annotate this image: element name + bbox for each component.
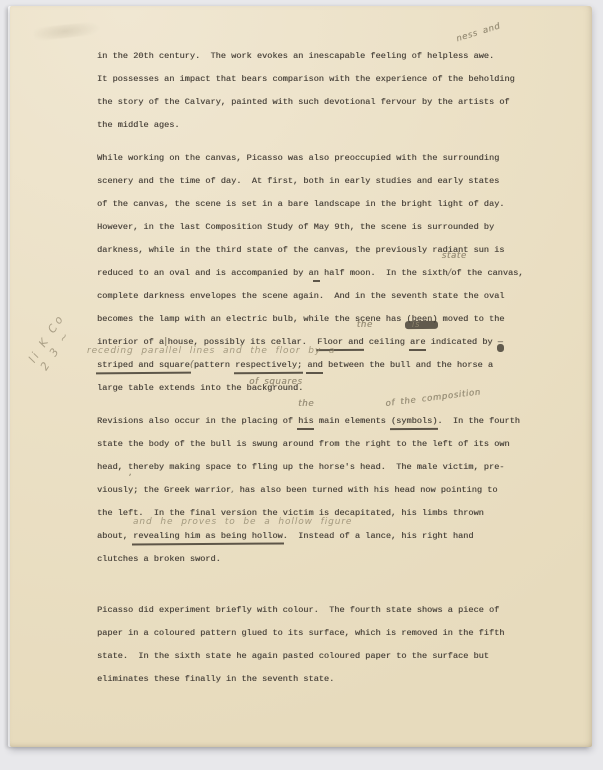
- handwritten-line: receding parallel lines and the floor by…: [87, 346, 335, 356]
- handwritten-line: and he proves to be a hollow figure: [133, 517, 352, 527]
- typed-text: It possesses an impact that bears compar…: [97, 74, 515, 84]
- typed-text: awe.ness and: [468, 51, 494, 61]
- typed-text: of the canvas,: [451, 268, 523, 278]
- paragraph: Revisions also occur in the placing of h…: [97, 410, 523, 571]
- typed-text: clutches a broken sword.: [97, 554, 221, 564]
- typed-text: the middle ages.: [97, 120, 180, 130]
- handwritten-annotation: the: [357, 314, 373, 337]
- typed-line: striped and square(pattern respectively;…: [97, 354, 523, 377]
- handwritten-annotation: ness and: [454, 16, 505, 51]
- typed-line: in the 20th century. The work evokes an …: [97, 45, 523, 68]
- typed-line: scenery and the time of day. At first, b…: [97, 170, 523, 193]
- typed-text: [364, 337, 369, 347]
- typed-text: has also been turned with his head now p…: [234, 485, 497, 495]
- typed-line: eliminates these finally in the seventh …: [97, 668, 523, 691]
- struck-text: n: [314, 268, 319, 278]
- typed-text: large table extends into the background.: [97, 383, 303, 393]
- typed-line: state. In the sixth state he again paste…: [97, 645, 523, 668]
- typed-text: viously;,: [97, 485, 138, 495]
- struck-text: (symbols)of the composition: [391, 416, 437, 426]
- paragraph: While working on the canvas, Picasso was…: [97, 147, 523, 400]
- typed-text: reduced to an oval and is accompanied by…: [97, 268, 314, 278]
- typed-text: between the bull and the horse a: [323, 360, 493, 370]
- typed-line: clutches a broken sword.: [97, 548, 523, 571]
- typed-text: half moon. In the sixth: [319, 268, 448, 278]
- typed-text: in the 20th century. The work evokes an …: [97, 51, 468, 61]
- handwritten-annotation: state: [442, 245, 467, 268]
- struck-text: striped and square: [97, 360, 190, 370]
- struck-text: respectively;of squares: [235, 360, 302, 370]
- typed-text: eliminates these finally in the seventh …: [97, 674, 334, 684]
- typed-text: state. In the sixth state he again paste…: [97, 651, 489, 661]
- typed-text: ceiling the: [369, 337, 410, 347]
- heavy-struck-text: —: [498, 337, 503, 347]
- typed-line: While working on the canvas, Picasso was…: [97, 147, 523, 170]
- paragraph: Picasso did experiment briefly with colo…: [97, 599, 523, 691]
- typed-text: . Instead of a lance, his right hand: [283, 531, 474, 541]
- typed-text: pattern: [194, 360, 235, 370]
- typed-text-block: in the 20th century. The work evokes an …: [97, 45, 523, 691]
- typed-line: of the canvas, the scene is set in a bar…: [97, 193, 523, 216]
- handwritten-annotation: the: [298, 393, 314, 416]
- typed-text: scenery and the time of day. At first, b…: [97, 176, 499, 186]
- manuscript-page: li K Co 2 3 ~ in the 20th century. The w…: [10, 6, 592, 747]
- typed-text: the Greek warrior: [138, 485, 231, 495]
- typed-text: . In the fourth: [437, 416, 520, 426]
- handwritten-annotation: is: [412, 314, 420, 337]
- typed-line: Picasso did experiment briefly with colo…: [97, 599, 523, 622]
- typed-line: Revisions also occur in the placing of h…: [97, 410, 523, 433]
- struck-text: areis: [410, 337, 425, 347]
- typed-line: complete darkness envelopes the scene ag…: [97, 285, 523, 308]
- typed-text: Picasso did experiment briefly with colo…: [97, 605, 499, 615]
- document-scan: { "surface": { "background_color": "#e8e…: [0, 0, 603, 770]
- typed-text: moved to the: [437, 314, 504, 324]
- typed-text: the story of the Calvary, painted with s…: [97, 97, 510, 107]
- typed-text: state the body of the bull is swung arou…: [97, 439, 510, 449]
- typed-text: However, in the last Composition Study o…: [97, 222, 494, 232]
- handwritten-annotation: ,: [129, 462, 132, 485]
- typed-line: the middle ages.: [97, 114, 523, 137]
- typed-text: indicated by: [426, 337, 498, 347]
- typed-line: state the body of the bull is swung arou…: [97, 433, 523, 456]
- pencil-smudge: [34, 20, 113, 41]
- struck-text: revealing him as being hollow: [133, 531, 283, 541]
- typed-line: head, thereby making space to fling up t…: [97, 456, 523, 479]
- typed-line: It possesses an impact that bears compar…: [97, 68, 523, 91]
- typed-text: Revisions also occur in the placing of: [97, 416, 298, 426]
- margin-scribble-annotation: li K Co 2 3 ~: [26, 311, 80, 373]
- typed-text: about,: [97, 531, 133, 541]
- typed-line: about, revealing him as being hollow. In…: [97, 525, 523, 548]
- paragraph: in the 20th century. The work evokes an …: [97, 45, 523, 137]
- typed-line: reduced to an oval and is accompanied by…: [97, 262, 523, 285]
- typed-text: While working on the canvas, Picasso was…: [97, 153, 499, 163]
- typed-text: paper in a coloured pattern glued to its…: [97, 628, 504, 638]
- typed-line: becomes the lamp with an electric bulb, …: [97, 308, 523, 331]
- typed-line: the story of the Calvary, painted with s…: [97, 91, 523, 114]
- struck-text: histhe: [298, 416, 313, 426]
- typed-text: main elements: [314, 416, 391, 426]
- typed-line: viously;, the Greek warrior, has also be…: [97, 479, 523, 502]
- typed-line: paper in a coloured pattern glued to its…: [97, 622, 523, 645]
- typed-line: However, in the last Composition Study o…: [97, 216, 523, 239]
- struck-text: and: [307, 360, 322, 370]
- typed-text: head, thereby making space to fling up t…: [97, 462, 504, 472]
- typed-text: complete darkness envelopes the scene ag…: [97, 291, 504, 301]
- typed-text: of the canvas, the scene is set in a bar…: [97, 199, 504, 209]
